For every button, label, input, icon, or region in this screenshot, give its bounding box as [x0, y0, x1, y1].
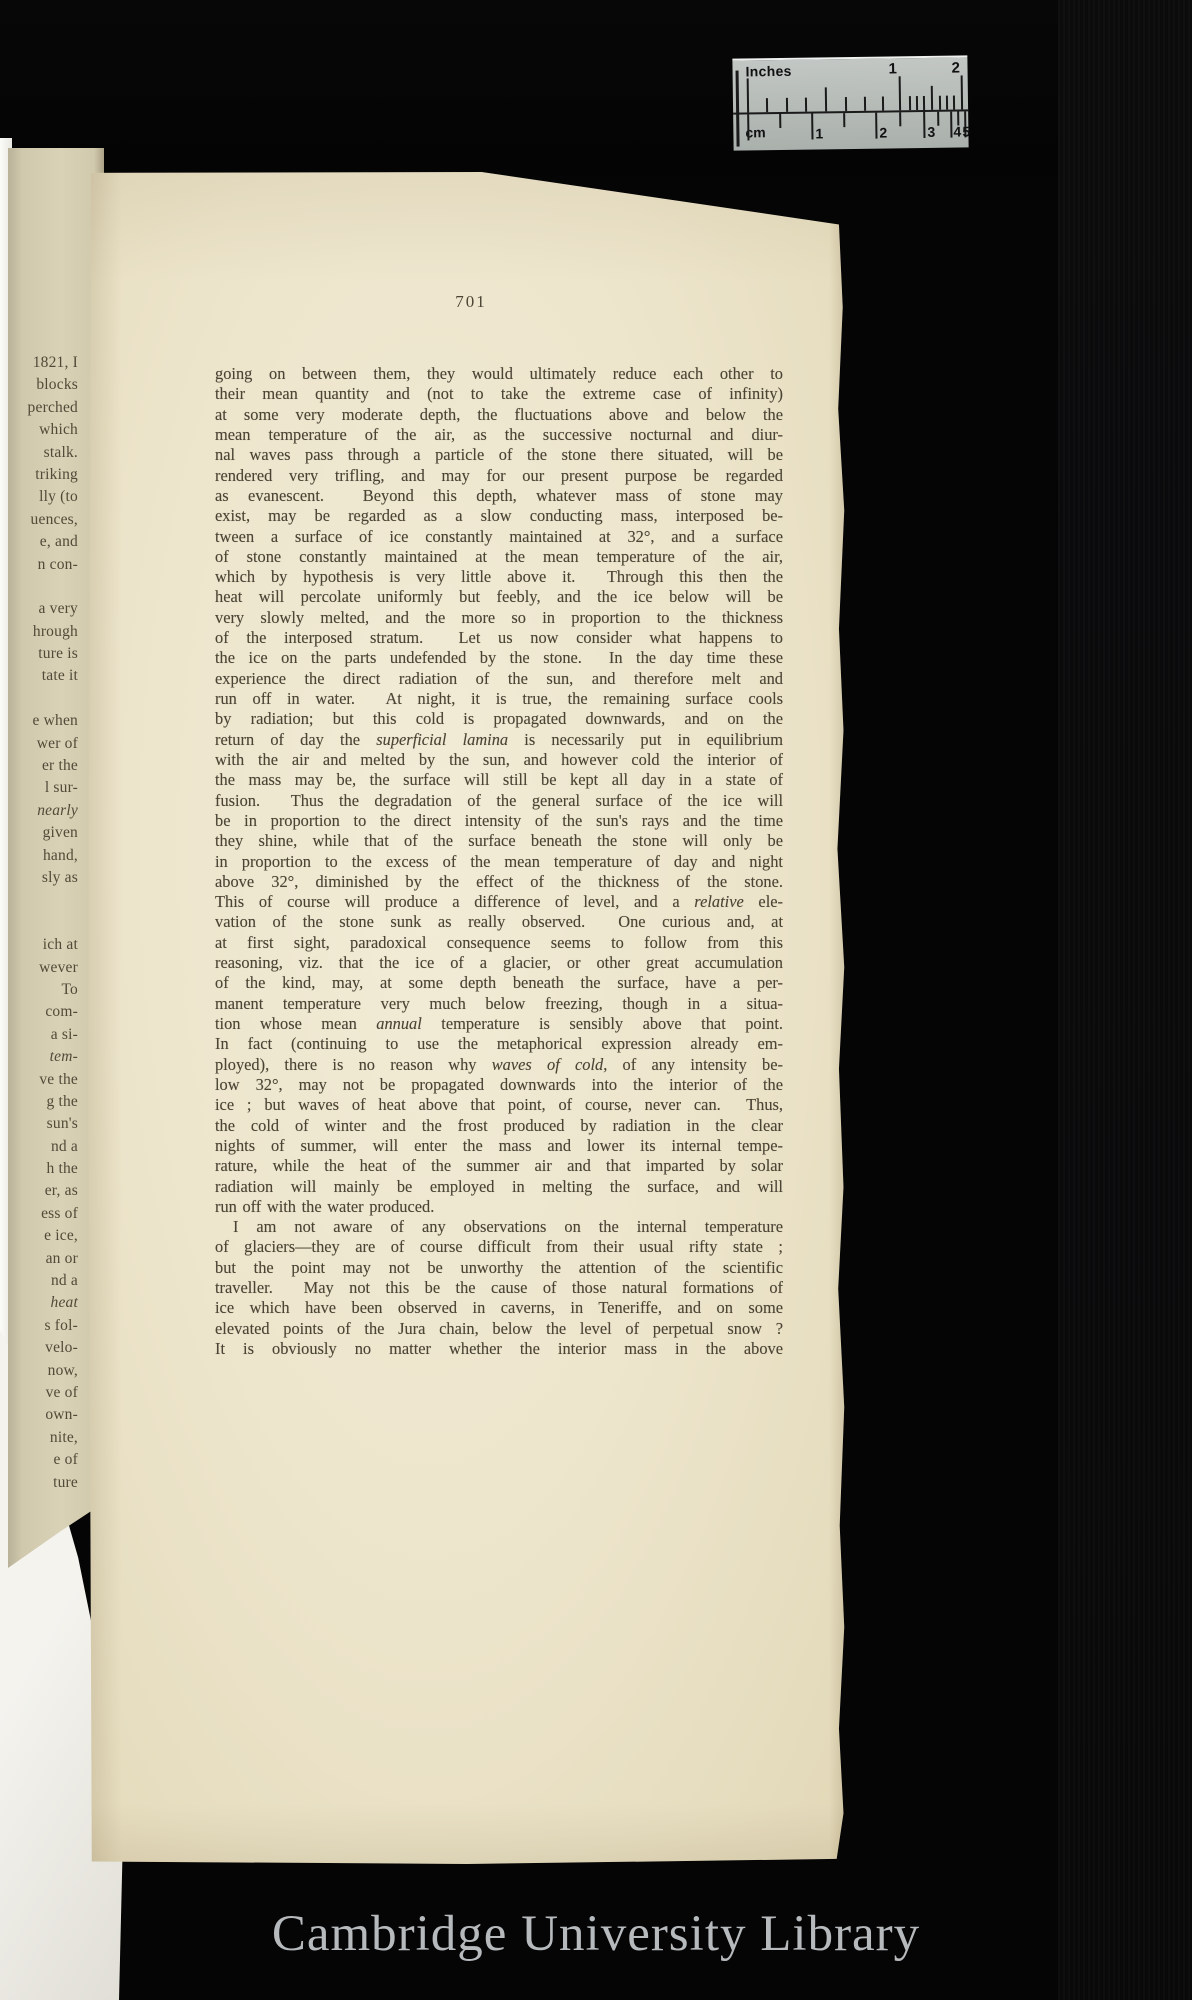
ruler-tick	[923, 96, 925, 110]
ruler-tick	[747, 114, 749, 140]
text-line: tween a surface of ice constantly mainta…	[215, 527, 783, 547]
margin-text-line: which	[8, 419, 78, 441]
text-line: above 32°, diminished by the effect of t…	[215, 872, 783, 892]
text-line: fusion. Thus the degradation of the gene…	[215, 791, 783, 811]
margin-text-line: ess of	[8, 1203, 78, 1225]
text-line: rendered very trifling, and may for our …	[215, 466, 783, 486]
margin-text-line: e ice,	[8, 1225, 78, 1247]
ruler-tick	[766, 98, 768, 112]
ruler-tick	[805, 98, 807, 112]
ruler-tick	[923, 112, 925, 138]
text-line: of the interposed stratum. Let us now co…	[215, 628, 783, 648]
ruler-tick	[899, 76, 901, 110]
text-line: which by hypothesis is very little above…	[215, 567, 783, 587]
ruler-zero-line	[736, 71, 740, 147]
text-line: with the air and melted by the sun, and …	[215, 750, 783, 770]
text-line: I am not aware of any observations on th…	[215, 1217, 783, 1237]
ruler-tick	[899, 112, 901, 126]
margin-text-line: velo-	[8, 1337, 78, 1359]
text-line: be in proportion to the direct intensity…	[215, 811, 783, 831]
margin-text-line: a si-	[8, 1024, 78, 1046]
margin-text-line: given	[8, 822, 78, 844]
margin-text-line: tem-	[8, 1046, 78, 1068]
ruler-tick	[825, 87, 827, 111]
text-line: very slowly melted, and the more so in p…	[215, 608, 783, 628]
text-line: manent temperature very much below freez…	[215, 994, 783, 1014]
margin-text-line: e of	[8, 1449, 78, 1471]
margin-text-line: hand,	[8, 845, 78, 867]
text-line: they shine, while that of the surface be…	[215, 831, 783, 851]
margin-text-line: uences,	[8, 509, 78, 531]
text-line: ice which have been observed in caverns,…	[215, 1298, 783, 1318]
margin-text-line	[8, 576, 78, 598]
margin-text-line: an or	[8, 1248, 78, 1270]
ruler-tick	[786, 98, 788, 112]
ruler-tick	[845, 97, 847, 111]
margin-text-line: tate it	[8, 665, 78, 687]
ruler-tick	[953, 96, 955, 110]
margin-text-line: lly (to	[8, 486, 78, 508]
text-line: reasoning, viz. that the ice of a glacie…	[215, 953, 783, 973]
text-line: mean temperature of the air, as the succ…	[215, 425, 783, 445]
text-line: of glaciers—they are of course difficult…	[215, 1237, 783, 1257]
text-line: heat will percolate uniformly but feebly…	[215, 587, 783, 607]
text-line: tion whose mean annual temperature is se…	[215, 1014, 783, 1034]
ruler-tick	[939, 96, 941, 110]
text-line: by radiation; but this cold is propagate…	[215, 709, 783, 729]
ruler-inches-label: Inches	[745, 63, 791, 80]
ruler-number: 1	[815, 125, 823, 141]
margin-text-line: To	[8, 979, 78, 1001]
book-page: 701 going on between them, they would ul…	[88, 172, 845, 1864]
margin-text-line: blocks	[8, 374, 78, 396]
text-line: the cold of winter and the frost produce…	[215, 1116, 783, 1136]
text-line: ployed), there is no reason why waves of…	[215, 1055, 783, 1075]
margin-text-line: now,	[8, 1360, 78, 1382]
text-line: ice ; but waves of heat above that point…	[215, 1095, 783, 1115]
text-line: run off in water. At night, it is true, …	[215, 689, 783, 709]
text-line: going on between them, they would ultima…	[215, 364, 783, 384]
margin-text-line: wer of	[8, 733, 78, 755]
measuring-ruler: Inches cm 1212345	[732, 55, 968, 150]
text-line: the ice on the parts undefended by the s…	[215, 648, 783, 668]
text-line: their mean quantity and (not to take the…	[215, 384, 783, 404]
ruler-number: 2	[879, 124, 887, 140]
ruler-tick	[916, 96, 918, 110]
ruler-number: 2	[951, 59, 960, 76]
text-line: This of course will produce a difference…	[215, 892, 783, 912]
text-line: elevated points of the Jura chain, below…	[215, 1319, 783, 1339]
margin-text-line: triking	[8, 464, 78, 486]
text-line: rature, while the heat of the summer air…	[215, 1156, 783, 1176]
facing-page-text: 1821, Iblocksperchedwhichstalk.trikingll…	[8, 352, 78, 1494]
text-line: nights of summer, will enter the mass an…	[215, 1136, 783, 1156]
text-line: at some very moderate depth, the fluctua…	[215, 405, 783, 425]
margin-text-line: nearly	[8, 800, 78, 822]
text-line: traveller. May not this be the cause of …	[215, 1278, 783, 1298]
ruler-tick	[779, 114, 781, 128]
margin-text-line: ture is	[8, 643, 78, 665]
ruler-tick	[950, 112, 952, 138]
margin-text-line: 1821, I	[8, 352, 78, 374]
margin-text-line: ich at	[8, 934, 78, 956]
ruler-tick	[811, 114, 813, 140]
ruler-tick	[864, 97, 866, 111]
text-line: radiation will mainly be employed in mel…	[215, 1177, 783, 1197]
text-line: exist, may be regarded as a slow conduct…	[215, 506, 783, 526]
margin-text-line: a very	[8, 598, 78, 620]
margin-text-line	[8, 912, 78, 934]
background-cloth-top	[0, 0, 1192, 175]
text-line: low 32°, may not be propagated downwards…	[215, 1075, 783, 1095]
text-line: vation of the stone sunk as really obser…	[215, 912, 783, 932]
page-number: 701	[215, 292, 727, 312]
text-line: at first sight, paradoxical consequence …	[215, 933, 783, 953]
ruler-tick	[909, 96, 911, 110]
margin-text-line: nite,	[8, 1427, 78, 1449]
ruler-number: 4	[953, 123, 961, 139]
text-line: return of day the superficial lamina is …	[215, 730, 783, 750]
text-line: as evanescent. Beyond this depth, whatev…	[215, 486, 783, 506]
margin-text-line: heat	[8, 1292, 78, 1314]
ruler-tick	[961, 75, 963, 109]
margin-text-line: n con-	[8, 554, 78, 576]
ruler-tick	[875, 113, 877, 139]
ruler-number: 5	[962, 123, 970, 139]
margin-text-line: nd a	[8, 1136, 78, 1158]
margin-text-line: ve of	[8, 1382, 78, 1404]
text-line: run off with the water produced.	[215, 1197, 783, 1217]
margin-text-line: ture	[8, 1472, 78, 1494]
margin-text-line: perched	[8, 397, 78, 419]
margin-text-line: wever	[8, 957, 78, 979]
scanned-book-photo: 1821, Iblocksperchedwhichstalk.trikingll…	[0, 0, 1192, 2000]
ruler-tick	[747, 78, 749, 112]
text-line: the mass may be, the surface will still …	[215, 770, 783, 790]
margin-text-line: sly as	[8, 867, 78, 889]
ruler-tick	[937, 112, 939, 126]
text-line: but the point may not be unworthy the at…	[215, 1258, 783, 1278]
ruler-tick	[931, 86, 933, 110]
margin-text-line: h the	[8, 1158, 78, 1180]
margin-text-line: s fol-	[8, 1315, 78, 1337]
text-line: nal waves pass through a particle of the…	[215, 445, 783, 465]
margin-text-line	[8, 889, 78, 911]
margin-text-line	[8, 688, 78, 710]
text-line: experience the direct radiation of the s…	[215, 669, 783, 689]
margin-text-line: sun's	[8, 1113, 78, 1135]
margin-text-line: com-	[8, 1001, 78, 1023]
library-watermark: Cambridge University Library	[0, 1905, 1192, 1963]
text-line: of the kind, may, at some depth beneath …	[215, 973, 783, 993]
ruler-number: 3	[927, 124, 935, 140]
margin-text-line: e when	[8, 710, 78, 732]
margin-text-line: l sur-	[8, 777, 78, 799]
ruler-number: 1	[888, 60, 897, 77]
margin-text-line: stalk.	[8, 442, 78, 464]
margin-text-line: own-	[8, 1404, 78, 1426]
text-line: It is obviously no matter whether the in…	[215, 1339, 783, 1359]
text-line: of stone constantly maintained at the me…	[215, 547, 783, 567]
body-text: going on between them, they would ultima…	[215, 364, 783, 1359]
text-line: In fact (continuing to use the metaphori…	[215, 1034, 783, 1054]
margin-text-line: g the	[8, 1091, 78, 1113]
text-line: in proportion to the excess of the mean …	[215, 852, 783, 872]
margin-text-line: er, as	[8, 1180, 78, 1202]
margin-text-line: e, and	[8, 531, 78, 553]
margin-text-line: ve the	[8, 1069, 78, 1091]
ruler-tick	[882, 97, 884, 111]
margin-text-line: nd a	[8, 1270, 78, 1292]
ruler-tick	[843, 113, 845, 127]
margin-text-line: hrough	[8, 621, 78, 643]
margin-text-line: er the	[8, 755, 78, 777]
ruler-divider	[733, 109, 968, 114]
ruler-tick	[946, 96, 948, 110]
background-cloth-ribbed	[1058, 0, 1192, 2000]
